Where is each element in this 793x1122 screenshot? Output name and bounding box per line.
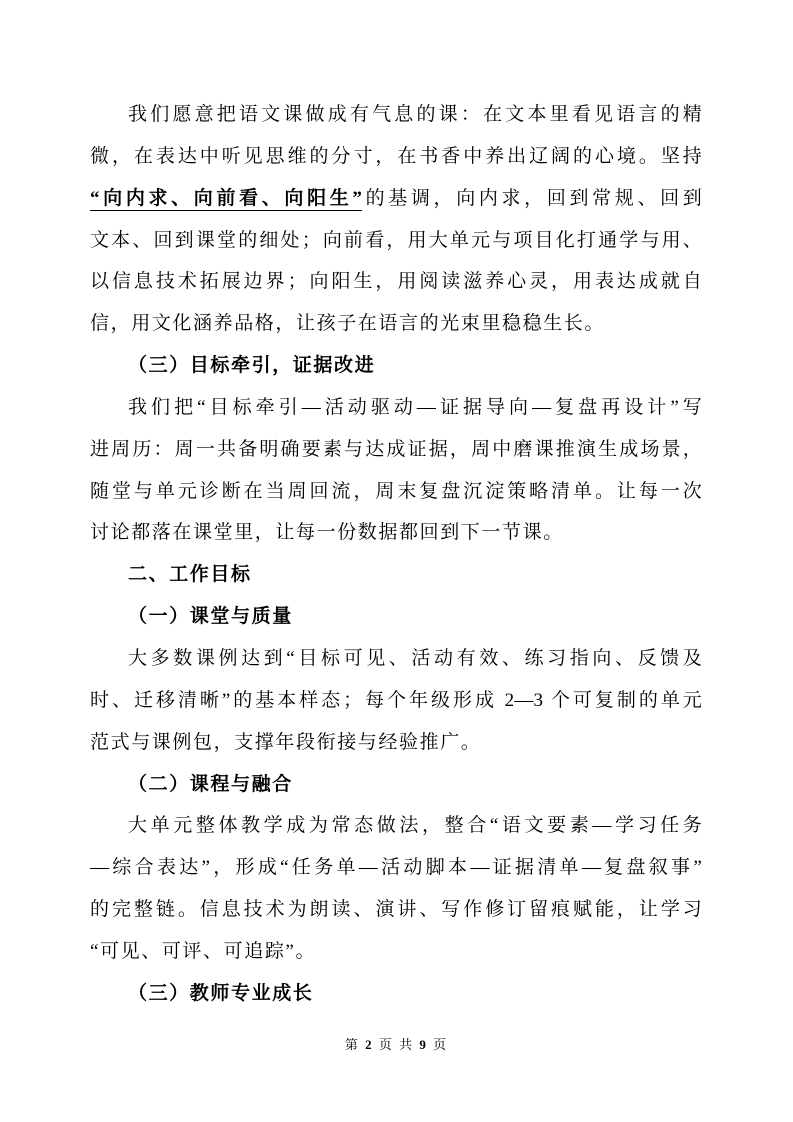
text-segment: —综合表达”，形成“任务单—活动脚本—证据清单—复盘叙事”: [90, 857, 702, 878]
text-segment: “向内求、向前看、向阳生”: [90, 188, 362, 211]
text-segment: 大多数课例达到“目标可见、活动有效、练习指向、反馈及: [128, 648, 702, 669]
page-footer: 第 2 页 共 9 页: [0, 1034, 793, 1053]
body-text-line: —综合表达”，形成“任务单—活动脚本—证据清单—复盘叙事”: [90, 847, 702, 889]
text-segment: 我们愿意把语文课做成有气息的课：在文本里看见语言的精: [128, 104, 702, 125]
text-segment: （三）教师专业成长: [128, 983, 313, 1004]
body-text-line: 文本、回到课堂的细处；向前看，用大单元与项目化打通学与用、: [90, 220, 702, 262]
text-segment: 大单元整体教学成为常态做法，整合“语文要素—学习任务: [128, 815, 702, 836]
text-segment: （一）课堂与质量: [128, 606, 293, 627]
text-segment: 进周历：周一共备明确要素与达成证据，周中磨课推演生成场景，: [90, 439, 702, 460]
body-text-line: 大单元整体教学成为常态做法，整合“语文要素—学习任务: [90, 805, 702, 847]
text-segment: “可见、可评、可追踪”。: [90, 941, 316, 962]
body-text-line: 随堂与单元诊断在当周回流，周末复盘沉淀策略清单。让每一次: [90, 471, 702, 513]
text-segment: 讨论都落在课堂里，让每一份数据都回到下一节课。: [90, 522, 564, 543]
body-text-line: 大多数课例达到“目标可见、活动有效、练习指向、反馈及: [90, 638, 702, 680]
text-segment: 范式与课例包，支撑年段衔接与经验推广。: [90, 732, 481, 753]
body-text-line: “向内求、向前看、向阳生”的基调，向内求，回到常规、回到: [90, 178, 702, 220]
body-text-line: 以信息技术拓展边界；向阳生，用阅读滋养心灵，用表达成就自: [90, 261, 702, 303]
heading-line: （三）目标牵引，证据改进: [90, 345, 702, 387]
text-segment: 的基调，向内求，回到常规、回到: [362, 188, 702, 209]
text-segment: 随堂与单元诊断在当周回流，周末复盘沉淀策略清单。让每一次: [90, 481, 702, 502]
body-text-line: “可见、可评、可追踪”。: [90, 931, 702, 973]
page-number-segment: 页: [428, 1037, 448, 1052]
body-text-line: 我们把“目标牵引—活动驱动—证据导向—复盘再设计”写: [90, 387, 702, 429]
document-body: 我们愿意把语文课做成有气息的课：在文本里看见语言的精微，在表达中听见思维的分寸，…: [90, 94, 702, 1015]
text-segment: 信，用文化涵养品格，让孩子在语言的光束里稳稳生长。: [90, 313, 605, 334]
text-segment: 文本、回到课堂的细处；向前看，用大单元与项目化打通学与用、: [90, 230, 702, 251]
text-segment: 二、工作目标: [128, 564, 252, 585]
body-text-line: 信，用文化涵养品格，让孩子在语言的光束里稳稳生长。: [90, 303, 702, 345]
body-text-line: 讨论都落在课堂里，让每一份数据都回到下一节课。: [90, 512, 702, 554]
body-text-line: 微，在表达中听见思维的分寸，在书香中养出辽阔的心境。坚持: [90, 136, 702, 178]
text-segment: 我们把“目标牵引—活动驱动—证据导向—复盘再设计”写: [128, 397, 702, 418]
page-number-segment: 9: [419, 1037, 428, 1052]
heading-line: 二、工作目标: [90, 554, 702, 596]
text-segment: 的完整链。信息技术为朗读、演讲、写作修订留痕赋能，让学习: [90, 899, 702, 920]
text-segment: 时、迁移清晰”的基本样态；每个年级形成 2—3 个可复制的单元: [90, 690, 702, 711]
text-segment: 以信息技术拓展边界；向阳生，用阅读滋养心灵，用表达成就自: [90, 271, 702, 292]
body-text-line: 时、迁移清晰”的基本样态；每个年级形成 2—3 个可复制的单元: [90, 680, 702, 722]
heading-line: （三）教师专业成长: [90, 973, 702, 1015]
body-text-line: 范式与课例包，支撑年段衔接与经验推广。: [90, 722, 702, 764]
body-text-line: 进周历：周一共备明确要素与达成证据，周中磨课推演生成场景，: [90, 429, 702, 471]
heading-line: （一）课堂与质量: [90, 596, 702, 638]
page-number-segment: 2: [365, 1037, 374, 1052]
page-number-segment: 第: [345, 1037, 365, 1052]
page-number-segment: 页 共: [374, 1037, 420, 1052]
text-segment: （三）目标牵引，证据改进: [128, 355, 375, 376]
text-segment: （二）课程与融合: [128, 774, 293, 795]
body-text-line: 的完整链。信息技术为朗读、演讲、写作修订留痕赋能，让学习: [90, 889, 702, 931]
document-page: 我们愿意把语文课做成有气息的课：在文本里看见语言的精微，在表达中听见思维的分寸，…: [0, 0, 793, 1122]
body-text-line: 我们愿意把语文课做成有气息的课：在文本里看见语言的精: [90, 94, 702, 136]
heading-line: （二）课程与融合: [90, 764, 702, 806]
text-segment: 微，在表达中听见思维的分寸，在书香中养出辽阔的心境。坚持: [90, 146, 702, 167]
